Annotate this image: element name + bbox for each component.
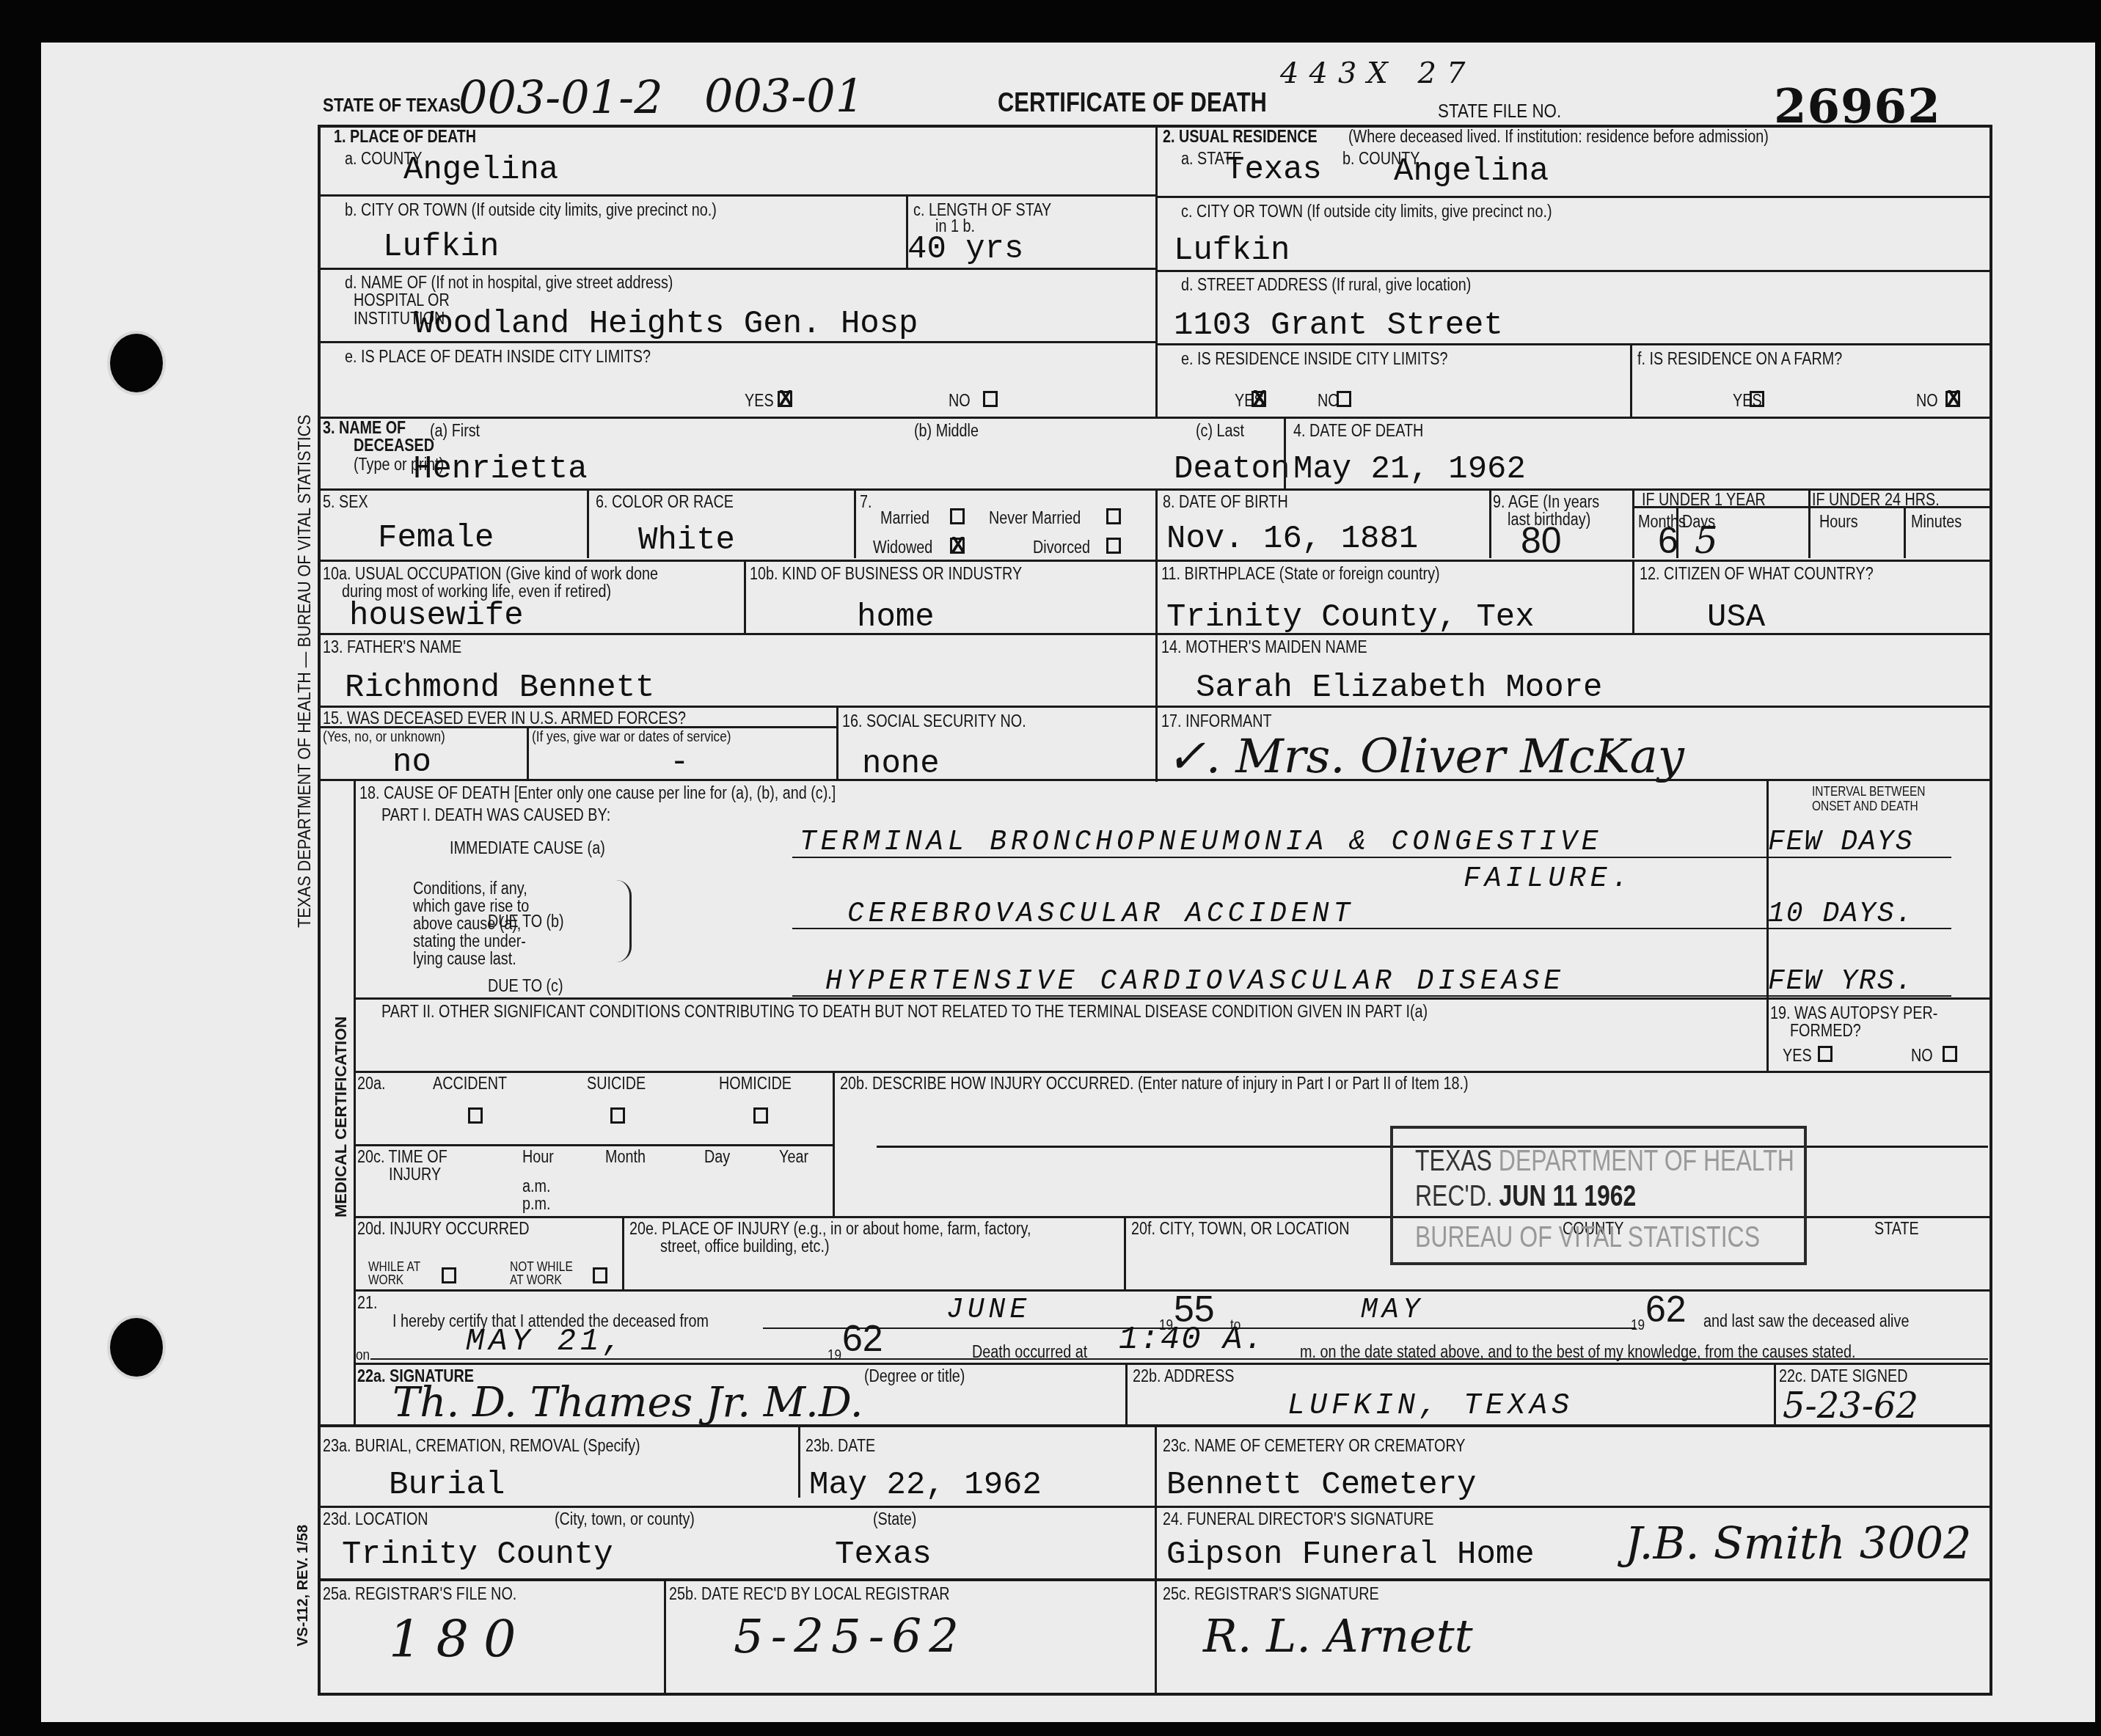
registrar-file-label: 25a. REGISTRAR'S FILE NO. <box>323 1586 516 1603</box>
interval-c-value: FEW YRS. <box>1768 968 1913 996</box>
degree-label: (Degree or title) <box>864 1368 965 1385</box>
interval-a-value: FEW DAYS <box>1768 829 1913 857</box>
attended-from-month: JUNE <box>946 1297 1031 1325</box>
registrar-signature: R. L. Arnett <box>1203 1614 1473 1659</box>
while-at-work-label: WHILE AT <box>368 1260 420 1273</box>
date-of-death-value: May 21, 1962 <box>1293 453 1526 486</box>
divider <box>854 488 856 558</box>
day-label: Day <box>704 1149 730 1165</box>
divider <box>1676 506 1678 558</box>
months-value: 6 <box>1658 522 1678 559</box>
divider <box>1808 488 1810 558</box>
usual-residence-label: 2. USUAL RESIDENCE <box>1163 128 1318 145</box>
divorced-label: Divorced <box>1033 539 1090 556</box>
on-label: on <box>356 1348 370 1363</box>
autopsy-yes-checkbox[interactable] <box>1818 1046 1833 1062</box>
physician-signature: Th. D. Thames Jr. M.D. <box>392 1382 863 1424</box>
stamp-recd: REC'D. <box>1415 1180 1493 1212</box>
month-label: Month <box>605 1149 646 1165</box>
death-time-value: 1:40 A. <box>1119 1324 1265 1356</box>
occupation-value: housewife <box>349 600 524 632</box>
no-label: NO <box>949 392 971 409</box>
residence-city-label: c. CITY OR TOWN (If outside city limits,… <box>1181 203 1552 220</box>
stamp-texas: TEXAS <box>1415 1145 1492 1177</box>
form-right-border <box>1989 125 1992 1694</box>
ssn-value: none <box>862 748 940 780</box>
street-address-label: d. STREET ADDRESS (If rural, give locati… <box>1181 276 1471 293</box>
divider <box>1155 196 1992 198</box>
death-occurred-label: Death occurred at <box>972 1344 1087 1360</box>
pm-label: p.m. <box>522 1195 550 1212</box>
married-label: Married <box>880 510 929 527</box>
funeral-home-value: Gipson Funeral Home <box>1166 1539 1535 1571</box>
brace <box>616 880 632 962</box>
attended-to-month: MAY <box>1361 1297 1424 1325</box>
state-file-no-label: STATE FILE NO. <box>1438 101 1561 120</box>
length-of-stay-value: 40 yrs <box>907 233 1023 265</box>
divider <box>1124 1216 1126 1289</box>
autopsy-label-2: FORMED? <box>1790 1022 1861 1039</box>
last-name-value: Deaton <box>1174 453 1290 486</box>
minutes-label: Minutes <box>1911 513 1962 530</box>
birthplace-label: 11. BIRTHPLACE (State or foreign country… <box>1161 565 1440 582</box>
age-label: 9. AGE (In years <box>1493 494 1599 510</box>
form-left-border <box>318 125 321 1694</box>
date-of-birth-value: Nov. 16, 1881 <box>1166 523 1418 555</box>
year-label: Year <box>779 1149 808 1165</box>
homicide-label: HOMICIDE <box>719 1075 792 1092</box>
immediate-cause-label: IMMEDIATE CAUSE (a) <box>450 840 605 857</box>
date-signed-label: 22c. DATE SIGNED <box>1779 1368 1908 1385</box>
length-of-stay-label: c. LENGTH OF STAY <box>913 202 1051 219</box>
divider <box>587 488 589 558</box>
conditions-note-4: stating the under- <box>413 933 526 950</box>
conditions-note-1: Conditions, if any, <box>413 880 527 897</box>
burial-location-label: 23d. LOCATION <box>323 1511 428 1528</box>
occupation-label: 10a. USUAL OCCUPATION (Give kind of work… <box>323 565 658 582</box>
certification-text-3: m. on the date stated above, and to the … <box>1300 1344 1856 1360</box>
medical-cert-inner-border <box>354 779 356 1424</box>
not-while-at-work-checkbox[interactable] <box>593 1267 607 1283</box>
widowed-label: Widowed <box>873 539 932 556</box>
first-name-value: Henrietta <box>413 453 588 486</box>
part1-label: PART I. DEATH WAS CAUSED BY: <box>381 807 610 824</box>
ssn-label: 16. SOCIAL SECURITY NO. <box>842 713 1026 730</box>
handwritten-code-2: 003-01 <box>704 73 864 119</box>
armed-forces-label: 15. WAS DECEASED EVER IN U.S. ARMED FORC… <box>323 710 686 727</box>
mother-name-label: 14. MOTHER'S MAIDEN NAME <box>1161 639 1367 656</box>
handwritten-code-1: 003-01-2 <box>458 75 663 120</box>
residence-state-value: Texas <box>1225 154 1322 186</box>
injury-type-label: 20a. <box>357 1075 385 1092</box>
divider <box>1155 1424 1157 1693</box>
widowed-checkbox[interactable] <box>950 538 965 554</box>
farm-no-checkbox[interactable] <box>1945 391 1960 407</box>
never-married-checkbox[interactable] <box>1106 508 1121 524</box>
divider <box>320 706 1991 708</box>
injury-occurred-label: 20d. INJURY OCCURRED <box>357 1220 529 1237</box>
death-inside-city-no-checkbox[interactable] <box>983 391 998 407</box>
am-label: a.m. <box>522 1178 550 1195</box>
last-seen-year: 62 <box>842 1320 883 1357</box>
burial-state-sublabel: (State) <box>873 1511 916 1528</box>
divider <box>1904 506 1906 558</box>
describe-injury-label: 20b. DESCRIBE HOW INJURY OCCURRED. (Ente… <box>840 1075 1469 1092</box>
under-24-hours-label: IF UNDER 24 HRS. <box>1812 491 1940 508</box>
time-of-injury-label: 20c. TIME OF <box>357 1149 447 1165</box>
citizen-label: 12. CITIZEN OF WHAT COUNTRY? <box>1640 565 1874 582</box>
handwritten-reference: 443X 27 <box>1280 59 1475 88</box>
interval-label-1: INTERVAL BETWEEN <box>1812 785 1926 798</box>
certification-item-number: 21. <box>357 1294 378 1311</box>
stamp-department: DEPARTMENT OF HEALTH <box>1499 1145 1794 1177</box>
funeral-director-label: 24. FUNERAL DIRECTOR'S SIGNATURE <box>1163 1511 1433 1528</box>
due-to-c-value: HYPERTENSIVE CARDIOVASCULAR DISEASE <box>825 968 1565 996</box>
first-name-label: (a) First <box>430 422 480 439</box>
received-stamp: TEXAS DEPARTMENT OF HEALTH REC'D. JUN 11… <box>1390 1126 1807 1265</box>
divider <box>320 779 1991 781</box>
cemetery-value: Bennett Cemetery <box>1166 1469 1476 1501</box>
hours-label: Hours <box>1819 513 1858 530</box>
divider <box>354 997 1991 1000</box>
homicide-checkbox[interactable] <box>753 1107 768 1124</box>
divider <box>1632 560 1634 633</box>
divider <box>798 1424 800 1498</box>
divider <box>320 1506 1991 1508</box>
form-bottom-border <box>318 1693 1992 1696</box>
not-while-at-work-label-2: AT WORK <box>510 1273 562 1286</box>
autopsy-no-checkbox[interactable] <box>1943 1046 1957 1062</box>
hospital-label: d. NAME OF (If not in hospital, give str… <box>345 274 673 291</box>
department-side-label: TEXAS DEPARTMENT OF HEALTH — BUREAU OF V… <box>295 414 315 928</box>
inside-city-label: e. IS PLACE OF DEATH INSIDE CITY LIMITS? <box>345 348 651 365</box>
hour-label: Hour <box>522 1149 554 1165</box>
farm-label: f. IS RESIDENCE ON A FARM? <box>1637 351 1842 367</box>
autopsy-label-1: 19. WAS AUTOPSY PER- <box>1770 1005 1937 1022</box>
divider <box>664 1578 666 1693</box>
while-at-work-label-2: WORK <box>368 1273 403 1286</box>
attended-to-year: 62 <box>1645 1291 1687 1327</box>
while-at-work-checkbox[interactable] <box>442 1267 456 1283</box>
burial-date-value: May 22, 1962 <box>809 1469 1042 1501</box>
date-received-label: 25b. DATE REC'D BY LOCAL REGISTRAR <box>669 1586 950 1603</box>
last-name-label: (c) Last <box>1196 422 1244 439</box>
divider <box>1632 488 1634 558</box>
form-number-side-label: VS-112, REV. 1/58 <box>295 1525 312 1647</box>
burial-location-sublabel: (City, town, or county) <box>555 1511 695 1528</box>
punch-hole-top <box>110 334 163 392</box>
farm-yes-checkbox[interactable] <box>1750 391 1764 407</box>
race-value: White <box>638 524 735 557</box>
armed-forces-dates-value: - <box>670 747 689 779</box>
age-value: 80 <box>1521 522 1562 559</box>
city-label: b. CITY OR TOWN (If outside city limits,… <box>345 202 717 219</box>
mother-name-value: Sarah Elizabeth Moore <box>1196 672 1603 704</box>
hospital-value: Woodland Heights Gen. Hosp <box>414 308 918 340</box>
days-value: 5 <box>1695 522 1718 559</box>
usual-residence-note: (Where deceased lived. If institution: r… <box>1348 128 1769 145</box>
divider <box>1155 488 1158 782</box>
father-name-label: 13. FATHER'S NAME <box>323 639 461 656</box>
accident-label: ACCIDENT <box>433 1075 507 1092</box>
marital-label: 7. <box>860 494 872 510</box>
birthplace-value: Trinity County, Tex <box>1166 601 1535 634</box>
married-checkbox[interactable] <box>950 508 965 524</box>
date-of-birth-label: 8. DATE OF BIRTH <box>1163 494 1288 510</box>
death-inside-city-yes-checkbox[interactable] <box>778 391 792 407</box>
stamp-bureau: BUREAU OF VITAL STATISTICS <box>1415 1221 1760 1254</box>
informant-signature: ✓. Mrs. Oliver McKay <box>1166 733 1684 780</box>
divider <box>833 1071 835 1217</box>
year-prefix-label: 19 <box>1631 1318 1645 1333</box>
part2-label: PART II. OTHER SIGNIFICANT CONDITIONS CO… <box>381 1003 1428 1020</box>
street-address-value: 1103 Grant Street <box>1174 310 1503 342</box>
divider <box>1489 488 1491 558</box>
immediate-cause-value-2: FAILURE. <box>1464 865 1632 893</box>
interval-b-value: 10 DAYS. <box>1768 901 1913 929</box>
father-name-value: Richmond Bennett <box>345 672 654 704</box>
divider <box>622 1216 624 1289</box>
last-seen-date: MAY 21, <box>466 1326 626 1357</box>
certificate-paper <box>41 43 2095 1722</box>
divider <box>1125 1363 1128 1424</box>
divider <box>320 194 1156 197</box>
residence-inside-city-no-checkbox[interactable] <box>1337 391 1351 407</box>
burial-method-label: 23a. BURIAL, CREMATION, REMOVAL (Specify… <box>323 1437 640 1454</box>
divider <box>744 560 746 633</box>
registrar-signature-label: 25c. REGISTRAR'S SIGNATURE <box>1163 1586 1379 1603</box>
divider <box>1630 343 1632 418</box>
yes-label: YES <box>745 392 774 409</box>
divider <box>354 1144 833 1146</box>
residence-inside-city-label: e. IS RESIDENCE INSIDE CITY LIMITS? <box>1181 351 1447 367</box>
immediate-cause-value: TERMINAL BRONCHOPNEUMONIA & CONGESTIVE <box>800 829 1603 857</box>
no-label: NO <box>1911 1047 1933 1064</box>
place-of-injury-label-2: street, office building, etc.) <box>660 1238 830 1255</box>
divider <box>1774 1363 1776 1424</box>
place-of-death-label: 1. PLACE OF DEATH <box>334 128 476 145</box>
suicide-label: SUICIDE <box>587 1075 646 1092</box>
armed-forces-sublabel-1: (Yes, no, or unknown) <box>323 730 445 744</box>
middle-name-label: (b) Middle <box>914 422 979 439</box>
accident-checkbox[interactable] <box>468 1107 483 1124</box>
due-to-c-label: DUE TO (c) <box>488 978 563 995</box>
punch-hole-bottom <box>110 1318 163 1377</box>
sex-label: 5. SEX <box>323 494 368 510</box>
divider <box>320 726 836 728</box>
burial-location-value: Trinity County <box>342 1539 613 1571</box>
race-label: 6. COLOR OR RACE <box>596 494 734 510</box>
injury-state-label: STATE <box>1874 1220 1919 1237</box>
divider <box>836 706 838 779</box>
residence-county-value: Angelina <box>1394 155 1549 188</box>
business-label: 10b. KIND OF BUSINESS OR INDUSTRY <box>750 565 1022 582</box>
conditions-note-5: lying cause last. <box>413 951 516 967</box>
funeral-director-signature: J.B. Smith 3002 <box>1625 1522 1971 1566</box>
divider <box>320 341 1156 343</box>
interval-label-2: ONSET AND DEATH <box>1812 799 1918 813</box>
burial-date-label: 23b. DATE <box>805 1437 875 1454</box>
certification-text-2: and last saw the deceased alive <box>1703 1313 1909 1330</box>
divorced-checkbox[interactable] <box>1106 538 1121 554</box>
suicide-checkbox[interactable] <box>610 1107 625 1124</box>
date-signed-value: 5-23-62 <box>1783 1388 1918 1424</box>
burial-state-value: Texas <box>835 1539 932 1571</box>
business-value: home <box>857 601 935 634</box>
divider <box>320 417 1991 419</box>
death-city-value: Lufkin <box>383 231 499 263</box>
divider <box>1284 417 1286 490</box>
time-of-injury-label-2: INJURY <box>389 1166 441 1183</box>
divider <box>354 1071 1991 1073</box>
registrar-file-value: 180 <box>389 1614 531 1665</box>
armed-forces-sublabel-2: (If yes, give war or dates of service) <box>532 730 731 744</box>
divider <box>1155 343 1992 345</box>
yes-label: YES <box>1783 1047 1812 1064</box>
injury-city-label: 20f. CITY, TOWN, OR LOCATION <box>1131 1220 1349 1237</box>
date-received-value: 5-25-62 <box>734 1614 966 1660</box>
burial-method-value: Burial <box>389 1469 505 1501</box>
certificate-title: CERTIFICATE OF DEATH <box>998 89 1267 116</box>
informant-label: 17. INFORMANT <box>1161 713 1272 730</box>
address-label: 22b. ADDRESS <box>1133 1368 1235 1385</box>
medical-certification-side-label: MEDICAL CERTIFICATION <box>332 1017 351 1217</box>
name-of-deceased-label: 3. NAME OF <box>323 420 406 436</box>
sex-value: Female <box>378 522 494 554</box>
death-county-value: Angelina <box>403 154 558 186</box>
place-of-injury-label: 20e. PLACE OF INJURY (e.g., in or about … <box>629 1220 1031 1237</box>
divider <box>320 268 1156 270</box>
citizen-value: USA <box>1707 601 1765 634</box>
divider <box>354 1363 1991 1365</box>
armed-forces-value: no <box>392 747 431 779</box>
residence-inside-city-yes-checkbox[interactable] <box>1252 391 1266 407</box>
year-prefix-label: 19 <box>827 1348 841 1363</box>
residence-city-value: Lufkin <box>1174 235 1290 267</box>
divider <box>527 726 529 779</box>
divider <box>354 1289 1991 1292</box>
due-to-b-label: DUE TO (b) <box>488 913 564 930</box>
cause-of-death-label: 18. CAUSE OF DEATH [Enter only one cause… <box>359 785 836 802</box>
state-of-texas-label: STATE OF TEXAS <box>323 95 461 114</box>
not-while-at-work-label: NOT WHILE <box>510 1260 573 1273</box>
no-label: NO <box>1916 392 1938 409</box>
physician-address: LUFKIN, TEXAS <box>1287 1392 1574 1421</box>
cemetery-label: 23c. NAME OF CEMETERY OR CREMATORY <box>1163 1437 1466 1454</box>
divider <box>320 1578 1991 1581</box>
date-of-death-label: 4. DATE OF DEATH <box>1293 422 1423 439</box>
never-married-label: Never Married <box>989 510 1081 527</box>
due-to-b-value: CEREBROVASCULAR ACCIDENT <box>847 901 1354 929</box>
divider <box>1155 270 1992 272</box>
stamp-date: JUN 11 1962 <box>1499 1180 1637 1212</box>
